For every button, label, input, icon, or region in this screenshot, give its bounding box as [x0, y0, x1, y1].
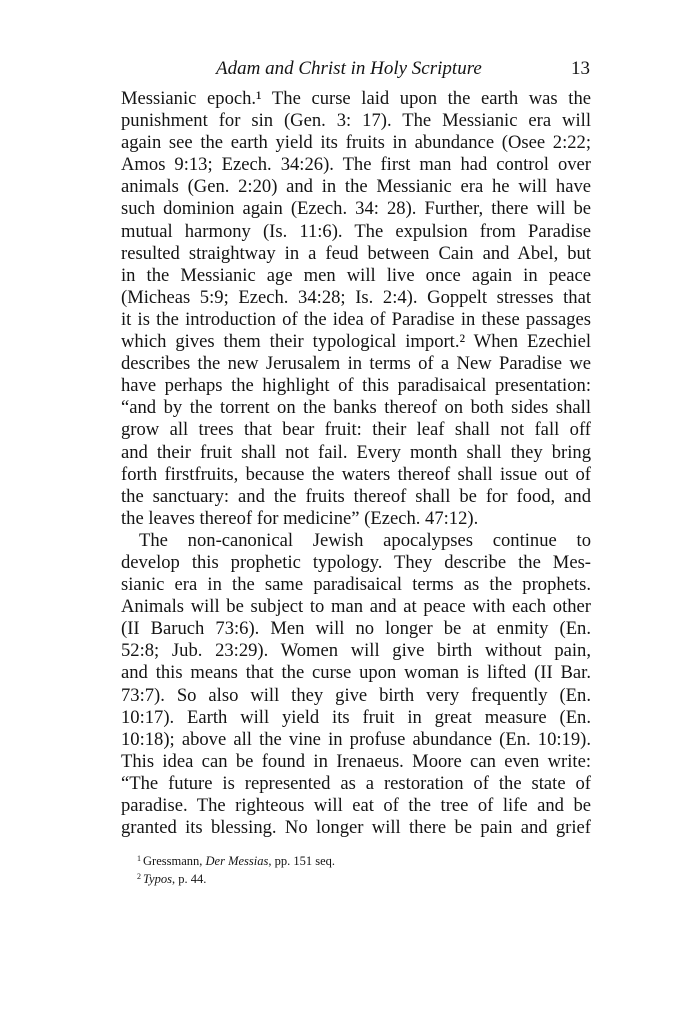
text-line: (II Baruch 73:6). Men will no longer be … — [121, 618, 591, 640]
text-line: again see the earth yield its fruits in … — [121, 132, 591, 154]
text-line: 10:17). Earth will yield its fruit in gr… — [121, 707, 591, 729]
footnote-title: Typos — [143, 872, 172, 886]
text-line: Messianic epoch.¹ The curse laid upon th… — [121, 88, 591, 110]
footnote-2: 2Typos, p. 44. — [137, 869, 335, 887]
text-line: in the Messianic age men will live once … — [121, 265, 591, 287]
footnote-marker: 2 — [137, 872, 141, 881]
text-line: mutual harmony (Is. 11:6). The expulsion… — [121, 221, 591, 243]
text-line: Amos 9:13; Ezech. 34:26). The first man … — [121, 154, 591, 176]
text-line: and their fruit shall not fail. Every mo… — [121, 442, 591, 464]
text-line: which gives them their typological impor… — [121, 331, 591, 353]
text-line: have perhaps the highlight of this parad… — [121, 375, 591, 397]
text-line: paradise. The righteous will eat of the … — [121, 795, 591, 817]
text-line: 10:18); above all the vine in profuse ab… — [121, 729, 591, 751]
text-line: resulted straightway in a feud between C… — [121, 243, 591, 265]
footnote-marker: 1 — [137, 854, 141, 863]
text-line: 52:8; Jub. 23:29). Women will give birth… — [121, 640, 591, 662]
text-line: develop this prophetic typology. They de… — [121, 552, 591, 574]
text-line: forth firstfruits, because the waters th… — [121, 464, 591, 486]
text-line: (Micheas 5:9; Ezech. 34:28; Is. 2:4). Go… — [121, 287, 591, 309]
page-number: 13 — [571, 58, 590, 80]
text-line: the sanctuary: and the fruits thereof sh… — [121, 486, 591, 508]
book-page: Adam and Christ in Holy Scripture 13 Mes… — [0, 0, 683, 1024]
text-line: 73:7). So also will they give birth very… — [121, 685, 591, 707]
footnote-citation: , p. 44. — [172, 872, 206, 886]
footnotes: 1Gressmann, Der Messias, pp. 151 seq. 2T… — [137, 851, 335, 887]
text-line: The non-canonical Jewish apocalypses con… — [121, 530, 591, 552]
footnote-author: Gressmann, — [143, 854, 206, 868]
text-line: and this means that the curse upon woman… — [121, 662, 591, 684]
text-line: animals (Gen. 2:20) and in the Messianic… — [121, 176, 591, 198]
body-text: Messianic epoch.¹ The curse laid upon th… — [121, 88, 591, 839]
text-line: such dominion again (Ezech. 34: 28). Fur… — [121, 198, 591, 220]
footnote-citation: , pp. 151 seq. — [268, 854, 335, 868]
text-line: the leaves thereof for medicine” (Ezech.… — [121, 508, 591, 530]
footnote-1: 1Gressmann, Der Messias, pp. 151 seq. — [137, 851, 335, 869]
page-header: Adam and Christ in Holy Scripture 13 — [120, 58, 590, 82]
text-line: punishment for sin (Gen. 3: 17). The Mes… — [121, 110, 591, 132]
text-line: sianic era in the same paradisaical term… — [121, 574, 591, 596]
text-line: “The future is represented as a restorat… — [121, 773, 591, 795]
text-line: it is the introduction of the idea of Pa… — [121, 309, 591, 331]
text-line: This idea can be found in Irenaeus. Moor… — [121, 751, 591, 773]
text-line: Animals will be subject to man and at pe… — [121, 596, 591, 618]
text-line: grow all trees that bear fruit: their le… — [121, 419, 591, 441]
running-title: Adam and Christ in Holy Scripture — [216, 58, 482, 80]
text-line: “and by the torrent on the banks thereof… — [121, 397, 591, 419]
footnote-title: Der Messias — [206, 854, 269, 868]
text-line: granted its blessing. No longer will the… — [121, 817, 591, 839]
text-line: describes the new Jerusalem in terms of … — [121, 353, 591, 375]
